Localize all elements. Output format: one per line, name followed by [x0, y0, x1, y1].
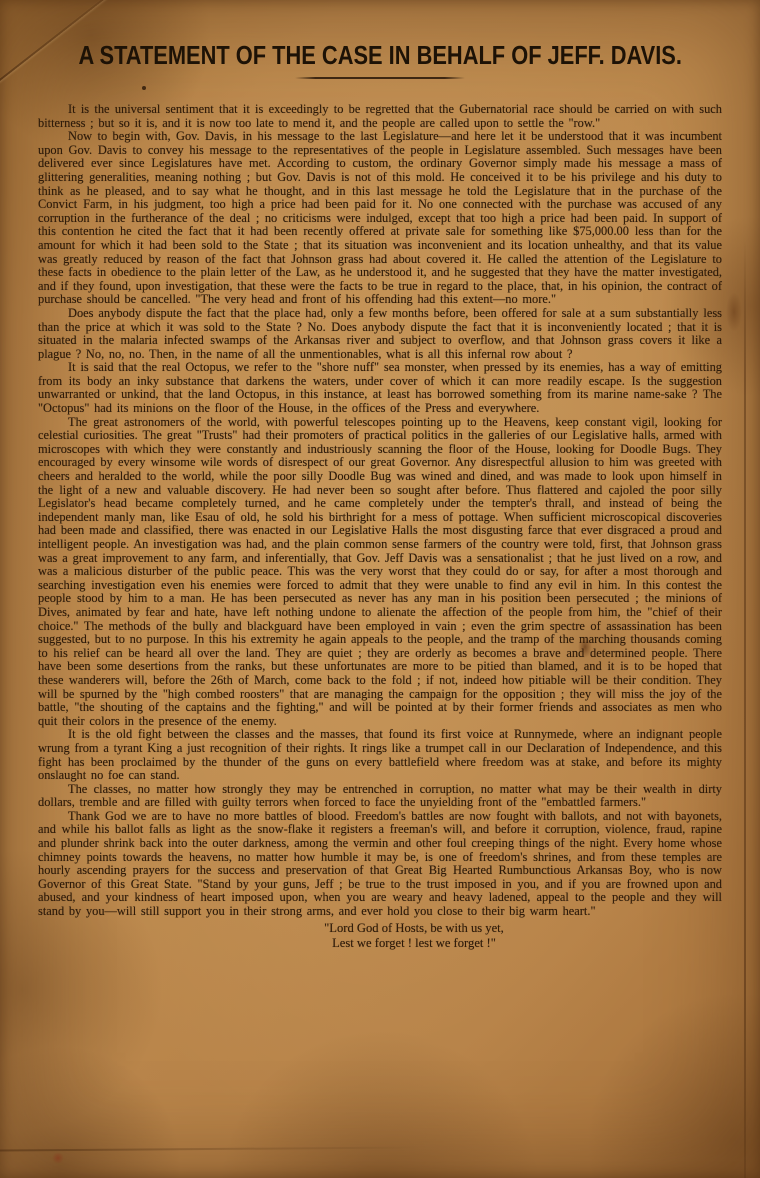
paper-edge-right	[744, 240, 746, 1178]
title-divider	[295, 77, 465, 79]
paragraph-astronomers-doodle-bugs: The great astronomers of the world, with…	[38, 416, 722, 729]
paragraph-does-anybody-dispute: Does anybody dispute the fact that the p…	[38, 307, 722, 361]
document-title-text: A STATEMENT OF THE CASE IN BEHALF OF JEF…	[78, 40, 681, 71]
document-page: A STATEMENT OF THE CASE IN BEHALF OF JEF…	[0, 0, 760, 1178]
closing-quote: "Lord God of Hosts, be with us yet, Lest…	[34, 921, 760, 951]
document-body: It is the universal sentiment that it is…	[38, 103, 722, 919]
paragraph-intro: It is the universal sentiment that it is…	[38, 103, 722, 130]
paragraph-classes-and-masses: It is the old fight between the classes …	[38, 728, 722, 782]
paper-stain	[52, 1152, 64, 1164]
paragraph-classes-tremble: The classes, no matter how strongly they…	[38, 783, 722, 810]
printer-ink-spot	[142, 86, 146, 90]
paragraph-message-to-legislature: Now to begin with, Gov. Davis, in his me…	[38, 130, 722, 307]
closing-line-1: "Lord God of Hosts, be with us yet,	[34, 921, 760, 936]
paper-stain	[726, 292, 742, 332]
document-title: A STATEMENT OF THE CASE IN BEHALF OF JEF…	[0, 40, 760, 71]
paper-crease-bottom	[0, 1147, 420, 1152]
closing-line-2: Lest we forget ! lest we forget !"	[34, 936, 760, 951]
paragraph-octopus: It is said that the real Octopus, we ref…	[38, 361, 722, 415]
paragraph-battles-of-blood: Thank God we are to have no more battles…	[38, 810, 722, 919]
